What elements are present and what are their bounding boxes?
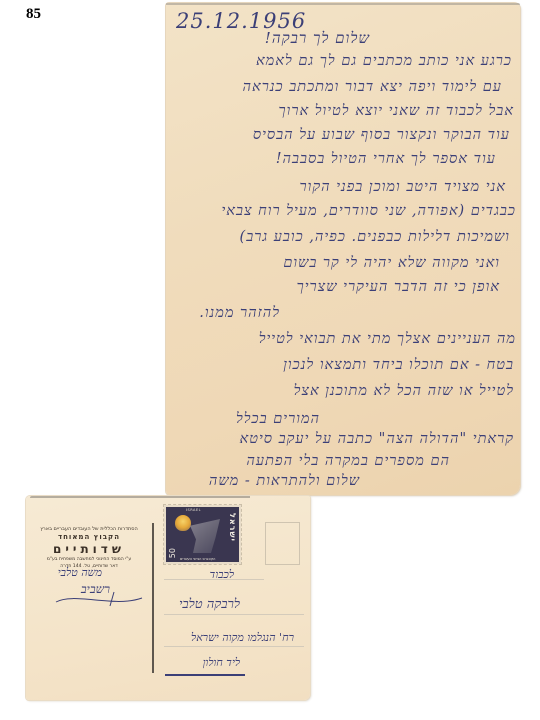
sender-org-line: הסתדרות הכללית של העובדים העבריים בארץ (30, 526, 148, 533)
letter-line: אני מצויד היטב ומוכן בפני הקור (300, 179, 507, 196)
letter-line: לטייל או שזה הכל לא מתוכנן אצל (294, 383, 514, 400)
letter-line: ואני מקווה שלא יהיה לי קר בשום (283, 255, 500, 272)
letter-line: עם לימוד ויפה יצא דבור ומתכתב כנראה (243, 79, 502, 96)
page-number: 85 (26, 6, 41, 23)
letter-signature: שלום ולהתראות - משה (209, 473, 360, 490)
recipient-to: לכבוד (210, 568, 234, 581)
sender-handwritten-name: משה טלבי (58, 566, 102, 579)
recipient-name: לרבקה טלבי (179, 596, 240, 612)
sender-kibbutz: הקבוץ המאוחד (30, 533, 148, 542)
stamp-country: ישראל (228, 513, 237, 542)
letter-greeting: שלום לך רבקה! (265, 29, 370, 48)
letter-line: המורים בכלל (236, 411, 320, 428)
sender-imprint: הסתדרות הכללית של העובדים העבריים בארץ ה… (30, 526, 148, 570)
stamp-figure-icon (190, 519, 220, 553)
signature-flourish-icon (54, 586, 144, 608)
sender-sub-line: ע"י המוסד החינוכי למחשבה משפחית בע"מ (30, 556, 148, 563)
address-rule (164, 646, 304, 647)
letter-line: אופן כי זה הדבר העיקרי שצריך (297, 279, 500, 296)
letter-line: עוד הבוקר ונקצור בסוף שבוע על הבסיס (253, 127, 510, 144)
postage-stamp: ISRAEL ישראל 50 הקונגרס הציוני העשרים (164, 505, 241, 564)
letter-line: עוד אספר לך אחרי הטיול בסבבה! (276, 151, 496, 168)
letter-line: להזהר ממנו. (199, 305, 280, 322)
sender-name: שדותיים (30, 542, 148, 556)
address-postcard: הסתדרות הכללית של העובדים העבריים בארץ ה… (26, 496, 310, 700)
stamp-value: 50 (168, 548, 177, 558)
stamp-placeholder-box (265, 522, 300, 565)
postcard-divider (152, 523, 154, 673)
letter-line: אבל לכבוד זה שאני יוצא לטיול ארוך (278, 103, 514, 120)
address-rule (164, 614, 304, 615)
letter-line: הם מספרים במקרה בלי הפתעה (246, 453, 450, 470)
letter-line: מה העניינים אצלך מתי את תבואי לטייל (259, 331, 516, 348)
stamp-flame-icon (175, 515, 191, 531)
recipient-street: רח' הנגלמו מקוה ישראל (191, 631, 294, 644)
letter-line: בטח - אם תוכלו ביחד ותמצאו לנכון (283, 357, 514, 374)
letter-postcard: 25.12.1956 שלום לך רבקה! כרגע אני כותב מ… (166, 3, 520, 495)
letter-line: קראתי "הדולה הצה" כתבה על יעקב סיטא (240, 431, 514, 448)
stamp-latin-country: ISRAEL (186, 508, 201, 512)
letter-line: ושמיכות דלילות כבפנים. כפיה, כובע גרב) (240, 229, 510, 246)
letter-line: כרגע אני כותב מכתבים גם לך גם לאמא (256, 53, 512, 70)
stamp-caption: הקונגרס הציוני העשרים (180, 557, 215, 561)
city-underline (165, 674, 245, 676)
letter-line: כבגדים (אפודה, שני סוודרים, מעיל רוח צבא… (221, 203, 516, 220)
recipient-city: ליד חולון (203, 656, 240, 669)
